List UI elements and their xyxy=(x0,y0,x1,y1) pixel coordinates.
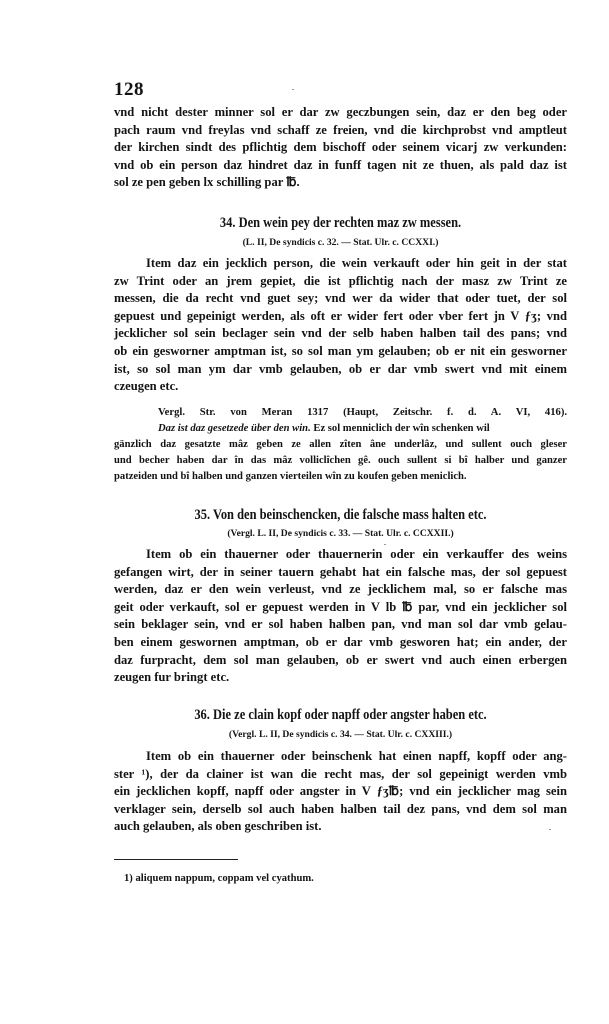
section-35-paragraph: Item ob ein thauerner oder thauernerin o… xyxy=(114,546,567,687)
text-line: der kirchen sindt des pflichtig dem bisc… xyxy=(114,139,567,157)
page-number: 128 xyxy=(114,79,144,101)
text-line: messen, die da recht vnd guet sey; vnd w… xyxy=(114,290,567,308)
text-line: zw Trint oder an jrem gepiet, die ist pf… xyxy=(114,273,567,291)
text-line: Item ob ein thauerner oder thauernerin o… xyxy=(114,546,567,564)
text-line: jecklicher sol sein beclager sein vnd de… xyxy=(114,325,567,343)
note-line: gänzlich daz gesatzte mâz geben ze allen… xyxy=(114,437,567,453)
text-line: geit oder verkauft, sol er gepuest werde… xyxy=(114,599,567,617)
section-35-heading: 35. Von den beinschencken, die falsche m… xyxy=(146,506,536,524)
text-line: auch gelauben, als oben geschriben ist. xyxy=(114,818,567,836)
text-line: vnd nicht dester minner sol er dar zw ge… xyxy=(114,104,567,122)
scan-speck xyxy=(384,544,386,545)
text-line: gepuest und gepeinigt werden, als oft er… xyxy=(114,308,567,326)
footnote-text: aliquem nappum, coppam vel cyathum. xyxy=(135,873,313,884)
section-35-reference: (Vergl. L. II, De syndicis c. 33. — Stat… xyxy=(114,528,567,540)
text-line: zeugen fur bringt etc. xyxy=(114,669,567,687)
text-line: daz furpracht, dem sol man gelauben, ob … xyxy=(114,652,567,670)
section-34-paragraph: Item daz ein jecklich person, die wein v… xyxy=(114,255,567,396)
section-36-reference: (Vergl. L. II, De syndicis c. 34. — Stat… xyxy=(114,729,567,741)
note-line: Daz ist daz gesetzede über den win. Ez s… xyxy=(114,421,567,437)
note-line-text: Ez sol menniclich der wîn schenken wil xyxy=(311,423,490,434)
text-line: gefangen wirt, der in seiner tauern geha… xyxy=(114,564,567,582)
section-36-heading: 36. Die ze clain kopf oder napff oder an… xyxy=(146,706,536,724)
note-title: Vergl. Str. von Meran 1317 (Haupt, Zeits… xyxy=(114,405,567,421)
section-34-reference: (L. II, De syndicis c. 32. — Stat. Ulr. … xyxy=(114,237,567,249)
text-line: Item ob ein thauerner oder beinschenk ha… xyxy=(114,748,567,766)
footnote-marker: 1) xyxy=(124,873,133,884)
text-line: ist, so sol man ym dar vmb gelauben, ob … xyxy=(114,361,567,379)
text-line: Item daz ein jecklich person, die wein v… xyxy=(114,255,567,273)
text-line: ein jecklichen kopff, napff oder angster… xyxy=(114,783,567,801)
text-line: czeugen etc. xyxy=(114,378,567,396)
footnote-rule xyxy=(114,859,238,860)
note-line: patzeiden und bî halben und ganzen viert… xyxy=(114,469,567,485)
text-line: sol ze pen geben lx schilling par ℔. xyxy=(114,174,567,192)
text-line: pach raum vnd freylas vnd schaff ze frei… xyxy=(114,122,567,140)
footnote: 1) aliquem nappum, coppam vel cyathum. xyxy=(124,873,314,884)
text-line: vnd ob ein person daz hindret daz in fun… xyxy=(114,157,567,175)
section-34-note: Vergl. Str. von Meran 1317 (Haupt, Zeits… xyxy=(114,405,567,485)
text-line: sein beklager sein, vnd er sol haben hal… xyxy=(114,616,567,634)
scan-speck xyxy=(292,89,294,90)
section-34-heading: 34. Den wein pey der rechten maz zw mess… xyxy=(146,214,536,232)
text-line: verklager sein, derselb sol auch haben h… xyxy=(114,801,567,819)
text-line: ster ¹), der da clainer ist wan die rech… xyxy=(114,766,567,784)
section-36-paragraph: Item ob ein thauerner oder beinschenk ha… xyxy=(114,748,567,836)
opening-paragraph: vnd nicht dester minner sol er dar zw ge… xyxy=(114,104,567,192)
book-page: 128 vnd nicht dester minner sol er dar z… xyxy=(0,0,609,1024)
note-line: und becher haben dar în das mâz volliclî… xyxy=(114,453,567,469)
note-italic-lead: Daz ist daz gesetzede über den win. xyxy=(158,423,311,434)
text-line: werden, daz er den wein verleust, vnd ze… xyxy=(114,581,567,599)
text-line: ben einem geswornen amptman, ob er dar v… xyxy=(114,634,567,652)
text-line: ob ein gesworner amptman ist, so sol man… xyxy=(114,343,567,361)
scan-speck xyxy=(549,829,551,830)
